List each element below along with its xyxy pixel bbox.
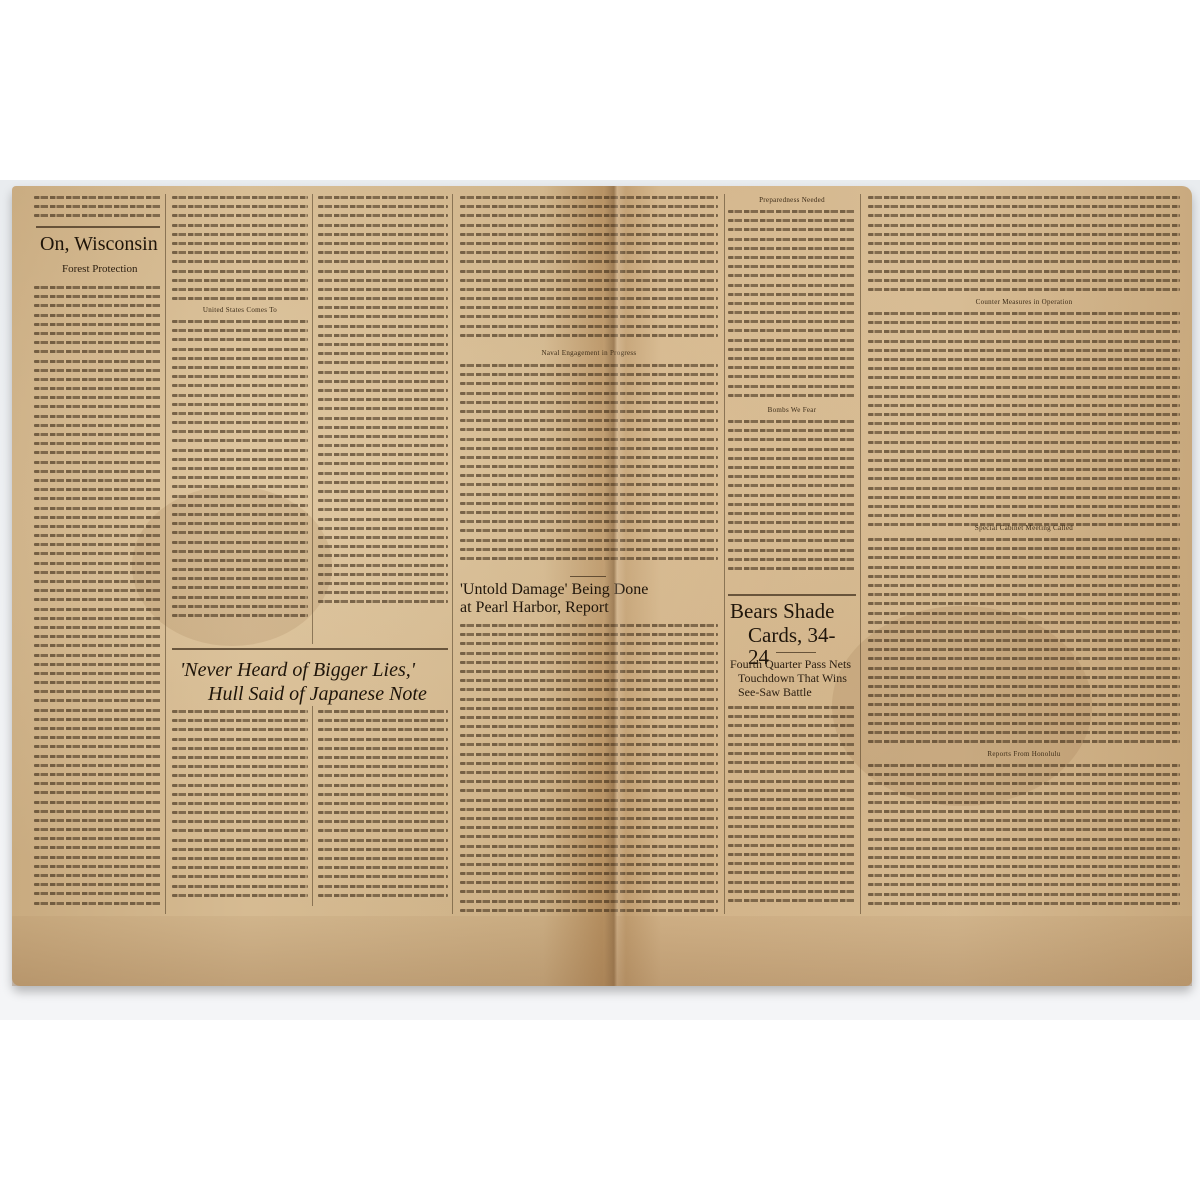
subhead-col5-mid: Bombs We Fear bbox=[728, 406, 856, 414]
section-rule bbox=[728, 594, 856, 596]
subhead-col4: Naval Engagement in Progress bbox=[460, 349, 718, 357]
article-body bbox=[728, 706, 856, 908]
newspaper-page: On, Wisconsin Forest Protection United S… bbox=[12, 186, 1192, 986]
headline-pearl-harbor-line2: at Pearl Harbor, Report bbox=[460, 600, 609, 617]
article-body bbox=[34, 286, 162, 911]
center-fold bbox=[604, 186, 626, 986]
headline-wisconsin: On, Wisconsin bbox=[40, 234, 158, 255]
headline-hull-line1: 'Never Heard of Bigger Lies,' bbox=[180, 660, 415, 681]
subheadline-forest-protection: Forest Protection bbox=[62, 264, 137, 276]
column-rule bbox=[724, 194, 725, 914]
subhead-col6-a: Counter Measures in Operation bbox=[868, 298, 1180, 306]
column-rule bbox=[312, 194, 313, 644]
subhead-col2: United States Comes To bbox=[172, 306, 308, 314]
article-body bbox=[460, 624, 718, 918]
section-rule bbox=[172, 648, 448, 650]
headline-hull-line2: Hull Said of Japanese Note bbox=[208, 684, 427, 705]
column-rule bbox=[312, 706, 313, 906]
subhead-col6-b: Special Cabinet Meeting Called bbox=[868, 524, 1180, 532]
column-rule bbox=[452, 194, 453, 914]
subhead-col5-top: Preparedness Needed bbox=[728, 196, 856, 204]
section-rule bbox=[570, 576, 606, 577]
column-rule bbox=[860, 194, 861, 914]
deck-bears-line1: Fourth Quarter Pass Nets bbox=[730, 658, 851, 671]
section-rule bbox=[776, 652, 816, 653]
deck-bears-line2: Touchdown That Wins bbox=[738, 672, 847, 685]
deck-bears-line3: See-Saw Battle bbox=[738, 686, 812, 699]
headline-bears-line1: Bears Shade bbox=[730, 600, 834, 622]
subhead-col6-c: Reports From Honolulu bbox=[868, 750, 1180, 758]
column-rule bbox=[165, 194, 166, 914]
paper-bottom-margin bbox=[12, 916, 1192, 986]
section-rule bbox=[36, 226, 160, 228]
